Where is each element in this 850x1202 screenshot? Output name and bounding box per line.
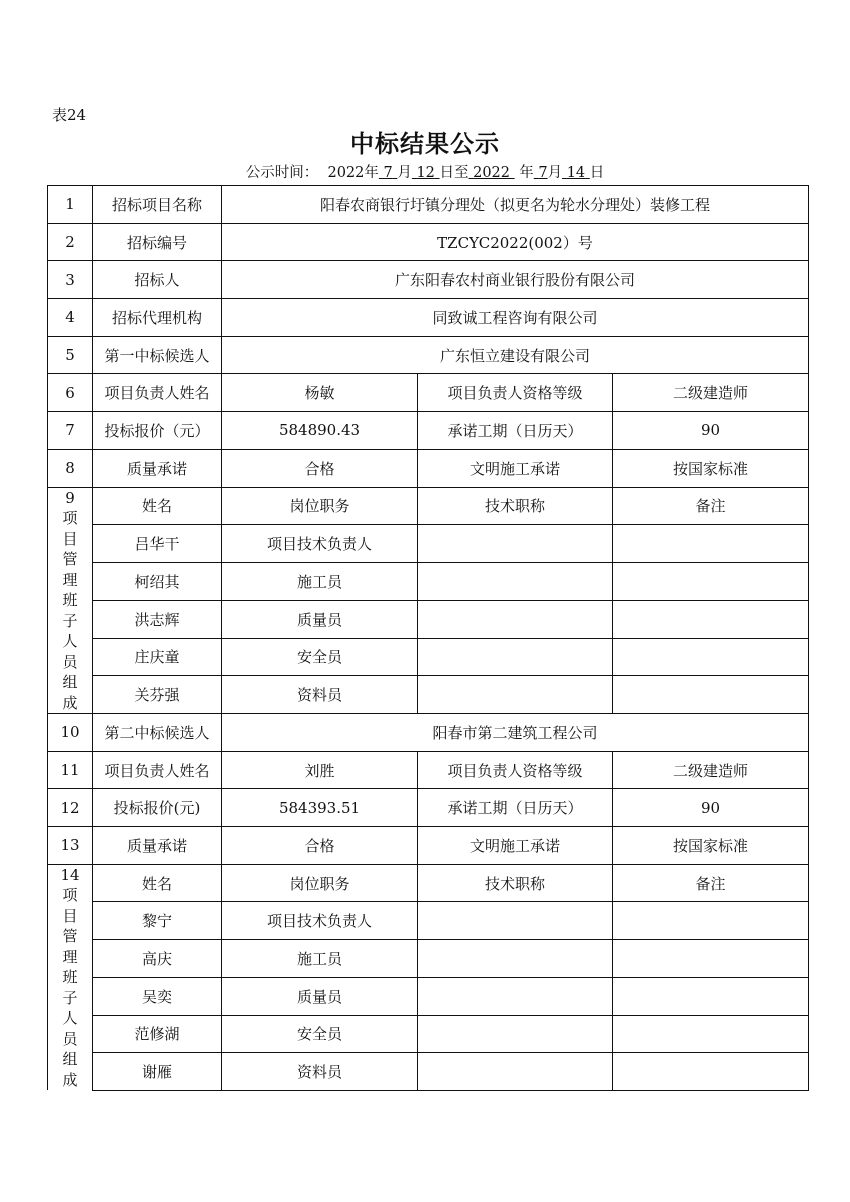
row-label-2: 项目负责人资格等级: [418, 374, 613, 412]
table-row: 13 质量承诺 合格 文明施工承诺 按国家标准: [48, 827, 809, 865]
vertical-char: 组: [48, 672, 92, 693]
row-number: 13: [48, 827, 93, 865]
row-label: 招标代理机构: [93, 299, 222, 337]
month-char-2: 月: [548, 165, 563, 181]
member-note: [613, 902, 809, 940]
page-title: 中标结果公示: [0, 124, 850, 159]
team-member-row: 关芬强 资料员: [48, 676, 809, 714]
row-label: 第一中标候选人: [93, 336, 222, 374]
member-position: 质量员: [222, 977, 418, 1015]
tender-number: TZCYC2022(002）号: [222, 223, 809, 261]
member-title: [418, 940, 613, 978]
team-member-row: 柯绍其 施工员: [48, 563, 809, 601]
member-title: [418, 563, 613, 601]
vertical-char: 理: [48, 947, 92, 968]
row-number: 14: [48, 865, 92, 886]
vertical-char: 目: [48, 529, 92, 550]
row-label: 项目负责人姓名: [93, 751, 222, 789]
member-name: 范修湖: [93, 1015, 222, 1053]
member-name: 黎宁: [93, 902, 222, 940]
row-label: 投标报价(元): [93, 789, 222, 827]
member-position: 资料员: [222, 1053, 418, 1091]
member-position: 资料员: [222, 676, 418, 714]
vertical-char: 项: [48, 885, 92, 906]
vertical-char: 人: [48, 631, 92, 652]
member-note: [613, 977, 809, 1015]
quality-commitment: 合格: [222, 827, 418, 865]
row-label-2: 文明施工承诺: [418, 827, 613, 865]
member-note: [613, 1053, 809, 1091]
project-manager-name: 刘胜: [222, 751, 418, 789]
table-number: 表24: [52, 104, 86, 125]
row-label: 招标项目名称: [93, 186, 222, 224]
header-note: 备注: [613, 864, 809, 902]
quality-commitment: 合格: [222, 449, 418, 487]
table-row: 1 招标项目名称 阳春农商银行圩镇分理处（拟更名为轮水分理处）装修工程: [48, 186, 809, 224]
member-position: 安全员: [222, 638, 418, 676]
member-title: [418, 638, 613, 676]
member-note: [613, 940, 809, 978]
member-position: 施工员: [222, 940, 418, 978]
project-manager-name: 杨敏: [222, 374, 418, 412]
table-row: 12 投标报价(元) 584393.51 承诺工期（日历天） 90: [48, 789, 809, 827]
member-position: 项目技术负责人: [222, 525, 418, 563]
team-section-label: 9 项 目 管 理 班 子 人 员 组 成: [48, 487, 93, 714]
year-char: 年: [364, 165, 379, 181]
member-name: 洪志辉: [93, 600, 222, 638]
team-member-row: 高庆 施工员: [48, 940, 809, 978]
to-char: 日至: [440, 165, 469, 181]
header-title: 技术职称: [418, 864, 613, 902]
vertical-char: 班: [48, 967, 92, 988]
end-year: 2022: [473, 165, 510, 181]
bid-price: 584890.43: [222, 412, 418, 450]
tender-agency: 同致诚工程咨询有限公司: [222, 299, 809, 337]
vertical-char: 理: [48, 570, 92, 591]
row-number: 1: [48, 186, 93, 224]
row-number: 10: [48, 714, 93, 752]
row-number: 8: [48, 449, 93, 487]
table-row: 7 投标报价（元） 584890.43 承诺工期（日历天） 90: [48, 412, 809, 450]
end-day: 14: [567, 165, 585, 181]
period-label: 公示时间：: [246, 165, 319, 181]
member-note: [613, 600, 809, 638]
team-section-label: 14 项 目 管 理 班 子 人 员 组 成: [48, 864, 93, 1090]
member-name: 关芬强: [93, 676, 222, 714]
member-position: 施工员: [222, 563, 418, 601]
team-member-row: 吕华干 项目技术负责人: [48, 525, 809, 563]
member-name: 柯绍其: [93, 563, 222, 601]
team-member-row: 洪志辉 质量员: [48, 600, 809, 638]
row-number: 2: [48, 223, 93, 261]
vertical-char: 员: [48, 1029, 92, 1050]
end-month: 7: [538, 165, 547, 181]
row-number: 4: [48, 299, 93, 337]
member-title: [418, 525, 613, 563]
table-row: 5 第一中标候选人 广东恒立建设有限公司: [48, 336, 809, 374]
member-name: 庄庆童: [93, 638, 222, 676]
team-header-row: 9 项 目 管 理 班 子 人 员 组 成 姓名 岗位职务 技术职称 备注: [48, 487, 809, 525]
member-note: [613, 525, 809, 563]
start-day: 12: [416, 165, 434, 181]
member-title: [418, 1015, 613, 1053]
row-number: 9: [48, 488, 92, 509]
first-candidate: 广东恒立建设有限公司: [222, 336, 809, 374]
vertical-char: 班: [48, 590, 92, 611]
member-name: 谢雁: [93, 1053, 222, 1091]
team-header-row: 14 项 目 管 理 班 子 人 员 组 成 姓名 岗位职务 技术职称 备注: [48, 864, 809, 902]
row-label-2: 承诺工期（日历天）: [418, 412, 613, 450]
year-char-2: 年: [519, 165, 534, 181]
team-member-row: 黎宁 项目技术负责人: [48, 902, 809, 940]
header-position: 岗位职务: [222, 864, 418, 902]
table-row: 3 招标人 广东阳春农村商业银行股份有限公司: [48, 261, 809, 299]
team-member-row: 吴奕 质量员: [48, 977, 809, 1015]
row-number: 12: [48, 789, 93, 827]
row-number: 3: [48, 261, 93, 299]
team-member-row: 庄庆童 安全员: [48, 638, 809, 676]
vertical-char: 管: [48, 549, 92, 570]
member-name: 吕华干: [93, 525, 222, 563]
member-position: 安全员: [222, 1015, 418, 1053]
row-number: 5: [48, 336, 93, 374]
member-note: [613, 638, 809, 676]
second-candidate: 阳春市第二建筑工程公司: [222, 714, 809, 752]
vertical-char: 项: [48, 508, 92, 529]
row-label-2: 文明施工承诺: [418, 449, 613, 487]
table-row: 8 质量承诺 合格 文明施工承诺 按国家标准: [48, 449, 809, 487]
member-title: [418, 902, 613, 940]
row-label-2: 项目负责人资格等级: [418, 751, 613, 789]
vertical-char: 目: [48, 906, 92, 927]
qualification-level: 二级建造师: [613, 374, 809, 412]
member-position: 项目技术负责人: [222, 902, 418, 940]
header-name: 姓名: [93, 864, 222, 902]
member-title: [418, 977, 613, 1015]
vertical-char: 成: [48, 1070, 92, 1091]
table-row: 4 招标代理机构 同致诚工程咨询有限公司: [48, 299, 809, 337]
vertical-char: 管: [48, 926, 92, 947]
table-row: 11 项目负责人姓名 刘胜 项目负责人资格等级 二级建造师: [48, 751, 809, 789]
row-label-2: 承诺工期（日历天）: [418, 789, 613, 827]
table-row: 10 第二中标候选人 阳春市第二建筑工程公司: [48, 714, 809, 752]
row-number: 6: [48, 374, 93, 412]
table-row: 6 项目负责人姓名 杨敏 项目负责人资格等级 二级建造师: [48, 374, 809, 412]
row-number: 11: [48, 751, 93, 789]
vertical-char: 人: [48, 1008, 92, 1029]
table-row: 2 招标编号 TZCYC2022(002）号: [48, 223, 809, 261]
member-title: [418, 1053, 613, 1091]
row-label: 投标报价（元）: [93, 412, 222, 450]
header-note: 备注: [613, 487, 809, 525]
member-note: [613, 676, 809, 714]
member-position: 质量员: [222, 600, 418, 638]
team-member-row: 谢雁 资料员: [48, 1053, 809, 1091]
project-name: 阳春农商银行圩镇分理处（拟更名为轮水分理处）装修工程: [222, 186, 809, 224]
vertical-char: 组: [48, 1049, 92, 1070]
tenderer: 广东阳春农村商业银行股份有限公司: [222, 261, 809, 299]
row-label: 质量承诺: [93, 449, 222, 487]
month-char: 月: [397, 165, 412, 181]
member-note: [613, 563, 809, 601]
publicity-period: 公示时间： 2022年 7 月 12 日至 2022 年 7月 14 日: [0, 161, 850, 182]
bid-price: 584393.51: [222, 789, 418, 827]
member-note: [613, 1015, 809, 1053]
header-name: 姓名: [93, 487, 222, 525]
row-label: 质量承诺: [93, 827, 222, 865]
member-name: 吴奕: [93, 977, 222, 1015]
construction-period: 90: [613, 412, 809, 450]
header-position: 岗位职务: [222, 487, 418, 525]
team-member-row: 范修湖 安全员: [48, 1015, 809, 1053]
member-title: [418, 676, 613, 714]
header-title: 技术职称: [418, 487, 613, 525]
qualification-level: 二级建造师: [613, 751, 809, 789]
day-char: 日: [590, 165, 605, 181]
bid-result-table: 1 招标项目名称 阳春农商银行圩镇分理处（拟更名为轮水分理处）装修工程 2 招标…: [47, 185, 809, 1091]
row-number: 7: [48, 412, 93, 450]
row-label: 招标人: [93, 261, 222, 299]
vertical-char: 子: [48, 611, 92, 632]
row-label: 招标编号: [93, 223, 222, 261]
member-title: [418, 600, 613, 638]
civilized-construction: 按国家标准: [613, 449, 809, 487]
civilized-construction: 按国家标准: [613, 827, 809, 865]
construction-period: 90: [613, 789, 809, 827]
vertical-char: 子: [48, 988, 92, 1009]
start-year: 2022: [327, 165, 364, 181]
start-month: 7: [383, 165, 392, 181]
vertical-char: 员: [48, 652, 92, 673]
vertical-char: 成: [48, 693, 92, 714]
row-label: 项目负责人姓名: [93, 374, 222, 412]
row-label: 第二中标候选人: [93, 714, 222, 752]
member-name: 高庆: [93, 940, 222, 978]
